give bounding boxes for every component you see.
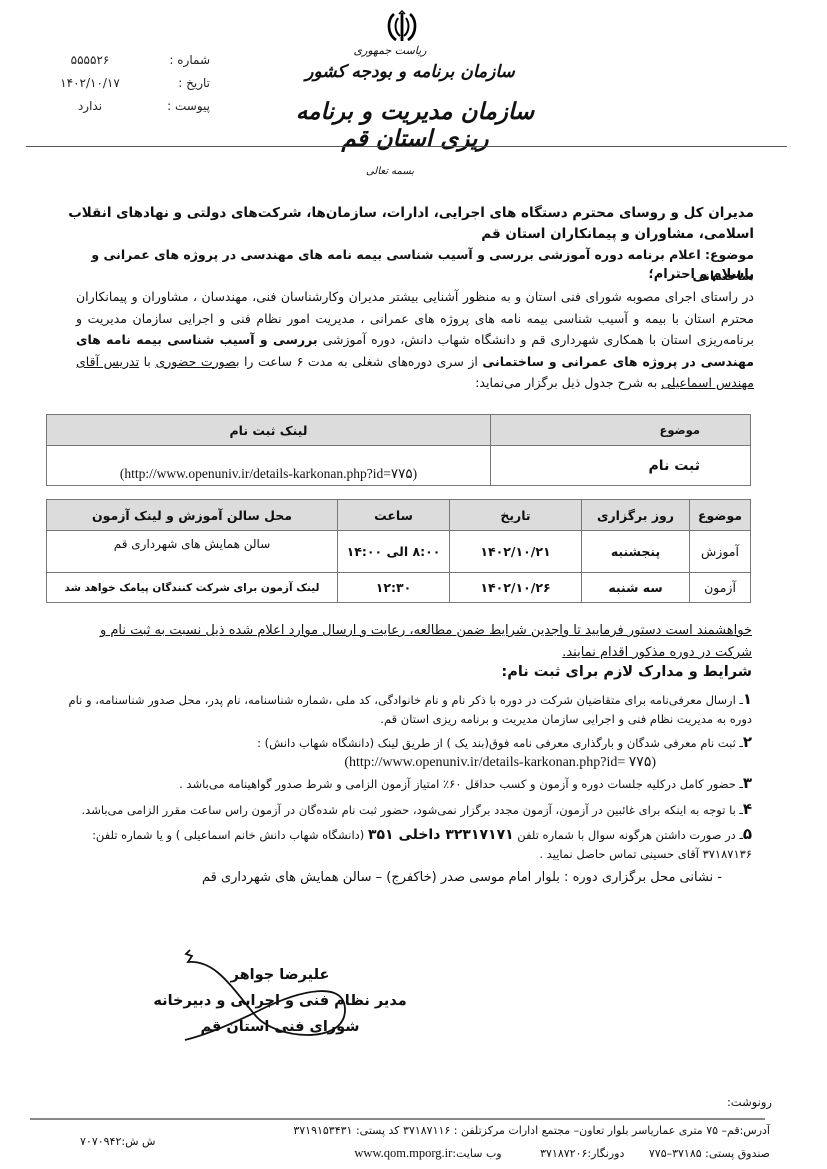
condition-item-3: ۳ـ حضور کامل درکلیه جلسات دوره و آزمون و… xyxy=(60,774,752,794)
item-number: ۲ xyxy=(743,733,752,751)
meta-attachment-row: پیوست : ندارد xyxy=(40,94,210,117)
intro-text-3: با xyxy=(139,354,155,369)
cell-subject: آموزش xyxy=(690,531,751,573)
registration-number: ش ش:۷۰۷۰۹۴۲ xyxy=(80,1135,190,1148)
item-number: ۳ xyxy=(743,774,752,792)
item-number: ۴ xyxy=(743,800,752,818)
meta-number-row: شماره : ۵۵۵۵۲۶ xyxy=(40,48,210,71)
signatory-title-2: شورای فنی استان قم xyxy=(150,1014,410,1040)
meta-attachment-label: پیوست : xyxy=(140,99,210,113)
footer-contact: صندوق پستی: ۳۷۱۸۵–۷۷۵ دورنگار:۳۷۱۸۷۲۰۶ و… xyxy=(200,1146,770,1161)
venue-address: - نشانی محل برگزاری دوره : بلوار امام مو… xyxy=(60,870,752,885)
registration-link[interactable]: (http://www.openuniv.ir/details-karkonan… xyxy=(47,446,491,486)
request-paragraph: خواهشمند است دستور فرمایید تا واجدین شرا… xyxy=(76,620,752,664)
presidency-label: ریاست جمهوری xyxy=(330,44,450,57)
cc-label: رونوشت: xyxy=(600,1095,772,1109)
contact-phone: ۳۲۳۱۷۱۷۱ داخلی ۳۵۱ xyxy=(368,827,514,843)
schedule-table: موضوع روز برگزاری تاریخ ساعت محل سالن آم… xyxy=(46,499,751,603)
org-provincial-name: سازمان مدیریت و برنامه ریزی استان قم xyxy=(270,98,560,152)
schedule-table-header: موضوع روز برگزاری تاریخ ساعت محل سالن آم… xyxy=(47,500,751,531)
intro-text-4: به شرح جدول ذیل برگزار می‌نماید: xyxy=(475,375,661,390)
footer-website-link[interactable]: www.qom.mporg.ir xyxy=(354,1146,452,1160)
meta-number-label: شماره : xyxy=(140,53,210,67)
header-time: ساعت xyxy=(338,500,450,531)
footer-address: آدرس:قم– ۷۵ متری عمارياسر بلوار تعاون– م… xyxy=(200,1124,770,1137)
venue-address-text: - نشانی محل برگزاری دوره : بلوار امام مو… xyxy=(202,870,752,885)
meta-date-row: تاریخ : ۱۴۰۲/۱۰/۱۷ xyxy=(40,71,210,94)
letter-meta: شماره : ۵۵۵۵۲۶ تاریخ : ۱۴۰۲/۱۰/۱۷ پیوست … xyxy=(40,48,210,117)
item-text: ـ در صورت داشتن هرگونه سوال با شماره تلف… xyxy=(514,828,743,842)
header-subject: موضوع xyxy=(491,415,751,446)
meta-date-value: ۱۴۰۲/۱۰/۱۷ xyxy=(40,76,140,90)
header-day: روز برگزاری xyxy=(582,500,690,531)
signature-block: علیرضا جواهر مدیر نظام فنی و اجرایی و دب… xyxy=(150,962,410,1040)
header-divider xyxy=(26,146,787,147)
registration-table: موضوع لینک ثبت نام ثبت نام (http://www.o… xyxy=(46,414,751,486)
intro-text-2: از سری دوره‌های شغلی به مدت ۶ ساعت را xyxy=(239,354,482,369)
cell-subject: آزمون xyxy=(690,573,751,603)
footer-divider xyxy=(30,1118,765,1120)
cell-venue: سالن همایش های شهرداری قم xyxy=(47,531,338,573)
item-text: ـ با توجه به اینکه برای غائبین در آزمون،… xyxy=(82,803,743,817)
signatory-title-1: مدیر نظام فنی و اجرایی و دبیرخانه xyxy=(150,988,410,1014)
item-number: ۱ xyxy=(743,690,752,708)
greeting: باسلام و احترام؛ xyxy=(60,264,754,285)
iran-emblem-icon xyxy=(385,10,419,46)
bismillah: بسمه تعالی xyxy=(360,166,420,177)
item-text: ـ حضور کامل درکلیه جلسات دوره و آزمون و … xyxy=(179,777,743,791)
condition-item-4: ۴ـ با توجه به اینکه برای غائبین در آزمون… xyxy=(60,800,752,820)
meta-number-value: ۵۵۵۵۲۶ xyxy=(40,53,140,67)
cell-date: ۱۴۰۲/۱۰/۲۶ xyxy=(450,573,582,603)
item-text: ـ ثبت نام معرفی شدگان و بارگذاری معرفی ن… xyxy=(257,736,743,750)
conditions-title: شرایط و مدارک لازم برای ثبت نام: xyxy=(60,664,752,680)
table-row: آموزش پنجشنبه ۱۴۰۲/۱۰/۲۱ ۸:۰۰ الی ۱۴:۰۰ … xyxy=(47,531,751,573)
meta-date-label: تاریخ : xyxy=(140,76,210,90)
table-row: آزمون سه شنبه ۱۴۰۲/۱۰/۲۶ ۱۲:۳۰ لینک آزمو… xyxy=(47,573,751,603)
signatory-name: علیرضا جواهر xyxy=(150,962,410,988)
header-subject: موضوع xyxy=(690,500,751,531)
cell-day: سه شنبه xyxy=(582,573,690,603)
meta-attachment-value: ندارد xyxy=(40,99,140,113)
footer-fax: دورنگار:۳۷۱۸۷۲۰۶ xyxy=(540,1147,624,1160)
cell-time: ۱۲:۳۰ xyxy=(338,573,450,603)
header-registration-link: لینک ثبت نام xyxy=(47,415,491,446)
cell-time: ۸:۰۰ الی ۱۴:۰۰ xyxy=(338,531,450,573)
item-text: ـ ارسال معرفی‌نامه برای متقاضیان شرکت در… xyxy=(69,693,752,726)
footer-website-label: وب سایت: xyxy=(452,1147,501,1160)
recipients: مدیران کل و روسای محترم دستگاه های اجرای… xyxy=(60,203,754,245)
item-number: ۵ xyxy=(743,825,752,843)
cell-date: ۱۴۰۲/۱۰/۲۱ xyxy=(450,531,582,573)
footer-po-box: صندوق پستی: ۳۷۱۸۵–۷۷۵ xyxy=(649,1147,770,1160)
condition-item-1: ۱ـ ارسال معرفی‌نامه برای متقاضیان شرکت د… xyxy=(60,690,752,729)
registration-link-2[interactable]: (http://www.openuniv.ir/details-karkonan… xyxy=(60,753,752,772)
cell-day: پنجشنبه xyxy=(582,531,690,573)
org-national-name: سازمان برنامه و بودجه کشور xyxy=(285,62,535,82)
cell-subject: ثبت نام xyxy=(491,446,751,486)
intro-paragraph: در راستای اجرای مصوبه شورای فنی استان و … xyxy=(76,286,754,394)
intro-in-person: بصورت حضوری xyxy=(155,354,239,369)
cell-venue: لینک آزمون برای شرکت کنندگان پیامک خواهد… xyxy=(47,573,338,603)
header-date: تاریخ xyxy=(450,500,582,531)
header-venue: محل سالن آموزش و لینک آزمون xyxy=(47,500,338,531)
condition-item-5: ۵ـ در صورت داشتن هرگونه سوال با شماره تل… xyxy=(60,825,752,864)
table-row: ثبت نام (http://www.openuniv.ir/details-… xyxy=(47,446,751,486)
condition-item-2: ۲ـ ثبت نام معرفی شدگان و بارگذاری معرفی … xyxy=(60,733,752,772)
registration-table-header: موضوع لینک ثبت نام xyxy=(47,415,751,446)
